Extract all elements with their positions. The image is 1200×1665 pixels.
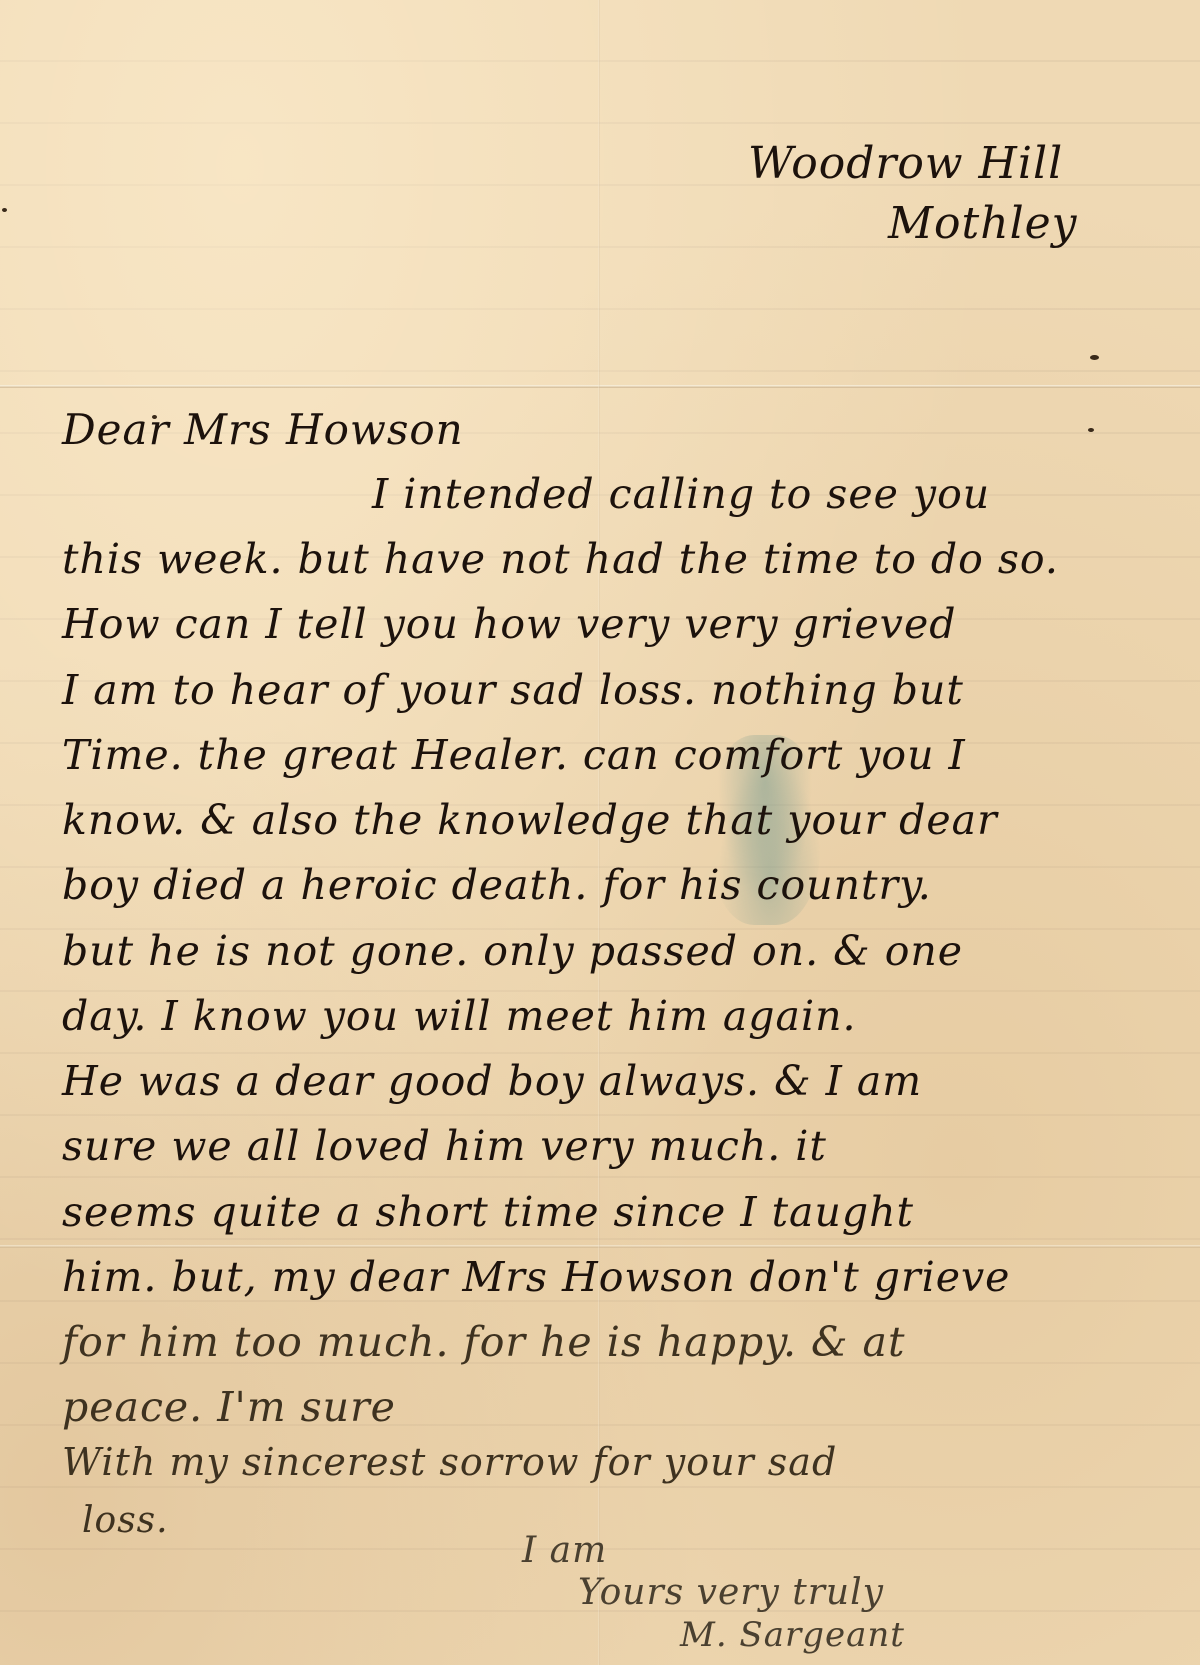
- ink-speck: [2, 208, 7, 212]
- closing-line: With my sincerest sorrow for your sad: [62, 1440, 837, 1484]
- letter-page: Woodrow Hill Mothley Dear Mrs Howson I i…: [0, 0, 1200, 1665]
- fold-crease-horizontal: [0, 385, 1200, 388]
- body-line: seems quite a short time since I taught: [62, 1188, 914, 1236]
- closing-line: loss.: [82, 1500, 169, 1541]
- body-line: day. I know you will meet him again.: [62, 992, 857, 1040]
- body-line: peace. I'm sure: [62, 1383, 396, 1431]
- body-line: for him too much. for he is happy. & at: [62, 1318, 905, 1366]
- address-line-2: Mothley: [888, 198, 1078, 249]
- ink-speck: [1090, 355, 1099, 360]
- address-line-1: Woodrow Hill: [748, 138, 1063, 189]
- body-line: How can I tell you how very very grieved: [62, 600, 956, 648]
- body-line: him. but, my dear Mrs Howson don't griev…: [62, 1253, 1010, 1301]
- body-line: but he is not gone. only passed on. & on…: [62, 927, 963, 975]
- body-line: sure we all loved him very much. it: [62, 1122, 827, 1170]
- signature: M. Sargeant: [680, 1615, 905, 1655]
- ink-speck: [1088, 428, 1094, 432]
- body-line: this week. but have not had the time to …: [62, 535, 1059, 583]
- body-line: know. & also the knowledge that your dea…: [62, 796, 998, 844]
- fold-crease-horizontal: [0, 1245, 1200, 1248]
- body-line: He was a dear good boy always. & I am: [62, 1057, 922, 1105]
- signoff-yours-truly: Yours very truly: [578, 1572, 884, 1613]
- signoff-i-am: I am: [522, 1530, 607, 1571]
- body-line: I am to hear of your sad loss. nothing b…: [62, 666, 964, 714]
- salutation: Dear Mrs Howson: [62, 405, 464, 454]
- body-line: I intended calling to see you: [372, 470, 990, 518]
- body-line: Time. the great Healer. can comfort you …: [62, 731, 966, 779]
- body-line: boy died a heroic death. for his country…: [62, 861, 932, 909]
